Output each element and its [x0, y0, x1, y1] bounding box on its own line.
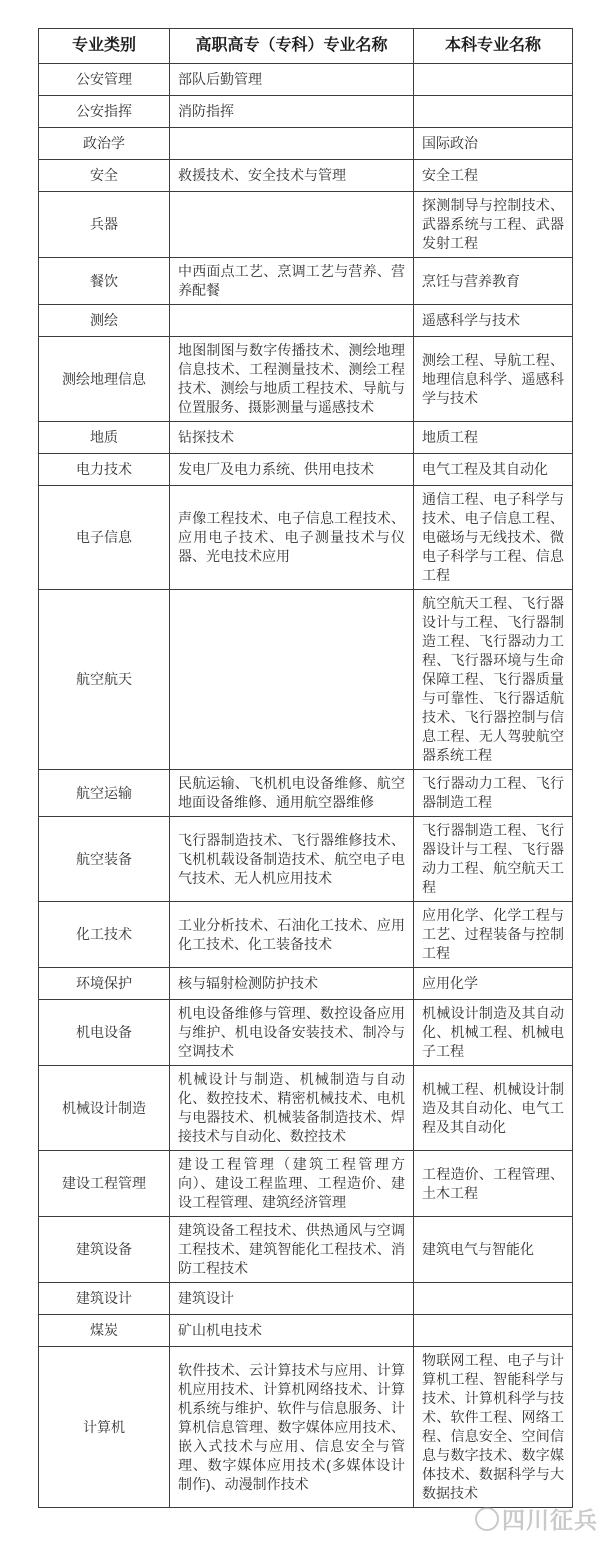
table-row: 环境保护核与辐射检测防护技术应用化学 [39, 968, 573, 1000]
cell-undergrad-majors: 电气工程及其自动化 [414, 454, 573, 486]
cell-vocational-majors: 软件技术、云计算技术与应用、计算机应用技术、计算机网络技术、计算机系统与维护、软… [170, 1347, 414, 1508]
cell-category: 机械设计制造 [39, 1066, 170, 1151]
majors-table: 专业类别 高职高专（专科）专业名称 本科专业名称 公安管理部队后勤管理公安指挥消… [38, 28, 573, 1508]
cell-vocational-majors: 声像工程技术、电子信息工程技术、应用电子技术、电子测量技术与仪器、光电技术应用 [170, 486, 414, 590]
table-row: 公安指挥消防指挥 [39, 96, 573, 128]
cell-vocational-majors [170, 128, 414, 160]
table-row: 机械设计制造机械设计与制造、机械制造与自动化、数控技术、精密机械技术、电机与电器… [39, 1066, 573, 1151]
cell-vocational-majors [170, 590, 414, 770]
table-row: 电子信息声像工程技术、电子信息工程技术、应用电子技术、电子测量技术与仪器、光电技… [39, 486, 573, 590]
cell-vocational-majors: 消防指挥 [170, 96, 414, 128]
cell-vocational-majors: 建设工程管理（建筑工程管理方向）、建设工程监理、工程造价、建设工程管理、建筑经济… [170, 1151, 414, 1217]
col-header-category: 专业类别 [39, 29, 170, 64]
cell-category: 环境保护 [39, 968, 170, 1000]
cell-vocational-majors: 机械设计与制造、机械制造与自动化、数控技术、精密机械技术、电机与电器技术、机械装… [170, 1066, 414, 1151]
table-row: 餐饮中西面点工艺、烹调工艺与营养、营养配餐烹饪与营养教育 [39, 258, 573, 305]
table-row: 化工技术工业分析技术、石油化工技术、应用化工技术、化工装备技术应用化学、化学工程… [39, 902, 573, 968]
cell-undergrad-majors: 应用化学、化学工程与工艺、过程装备与控制工程 [414, 902, 573, 968]
watermark-logo-icon [475, 1507, 499, 1531]
table-row: 测绘遥感科学与技术 [39, 305, 573, 337]
cell-undergrad-majors: 测绘工程、导航工程、地理信息科学、遥感科学与技术 [414, 337, 573, 422]
table-row: 测绘地理信息地图制图与数字传播技术、测绘地理信息技术、工程测量技术、测绘工程技术… [39, 337, 573, 422]
cell-vocational-majors: 救援技术、安全技术与管理 [170, 160, 414, 192]
table-row: 地质钻探技术地质工程 [39, 422, 573, 454]
cell-category: 航空运输 [39, 770, 170, 817]
cell-category: 建设工程管理 [39, 1151, 170, 1217]
document-page: 专业类别 高职高专（专科）专业名称 本科专业名称 公安管理部队后勤管理公安指挥消… [0, 0, 600, 1551]
cell-category: 航空航天 [39, 590, 170, 770]
cell-category: 安全 [39, 160, 170, 192]
cell-undergrad-majors: 工程造价、工程管理、土木工程 [414, 1151, 573, 1217]
cell-vocational-majors: 机电设备维修与管理、数控设备应用与维护、机电设备安装技术、制冷与空调技术 [170, 1000, 414, 1066]
table-row: 安全救援技术、安全技术与管理安全工程 [39, 160, 573, 192]
cell-undergrad-majors [414, 1315, 573, 1347]
table-row: 政治学国际政治 [39, 128, 573, 160]
cell-undergrad-majors: 机械工程、机械设计制造及其自动化、电气工程及其自动化 [414, 1066, 573, 1151]
cell-vocational-majors: 中西面点工艺、烹调工艺与营养、营养配餐 [170, 258, 414, 305]
table-row: 航空航天航空航天工程、飞行器设计与工程、飞行器制造工程、飞行器动力工程、飞行器环… [39, 590, 573, 770]
cell-category: 煤炭 [39, 1315, 170, 1347]
cell-category: 建筑设计 [39, 1283, 170, 1315]
cell-vocational-majors: 地图制图与数字传播技术、测绘地理信息技术、工程测量技术、测绘工程技术、测绘与地质… [170, 337, 414, 422]
cell-vocational-majors: 核与辐射检测防护技术 [170, 968, 414, 1000]
cell-undergrad-majors: 遥感科学与技术 [414, 305, 573, 337]
cell-undergrad-majors: 安全工程 [414, 160, 573, 192]
cell-vocational-majors: 飞行器制造技术、飞行器维修技术、飞机机载设备制造技术、航空电子电气技术、无人机应… [170, 817, 414, 902]
cell-vocational-majors: 矿山机电技术 [170, 1315, 414, 1347]
cell-category: 公安管理 [39, 64, 170, 96]
cell-undergrad-majors: 飞行器动力工程、飞行器制造工程 [414, 770, 573, 817]
cell-vocational-majors [170, 305, 414, 337]
cell-category: 政治学 [39, 128, 170, 160]
col-header-undergrad-majors: 本科专业名称 [414, 29, 573, 64]
cell-undergrad-majors [414, 96, 573, 128]
cell-vocational-majors: 工业分析技术、石油化工技术、应用化工技术、化工装备技术 [170, 902, 414, 968]
table-row: 电力技术发电厂及电力系统、供用电技术电气工程及其自动化 [39, 454, 573, 486]
cell-undergrad-majors: 航空航天工程、飞行器设计与工程、飞行器制造工程、飞行器动力工程、飞行器环境与生命… [414, 590, 573, 770]
cell-undergrad-majors: 烹饪与营养教育 [414, 258, 573, 305]
table-row: 计算机软件技术、云计算技术与应用、计算机应用技术、计算机网络技术、计算机系统与维… [39, 1347, 573, 1508]
cell-vocational-majors: 发电厂及电力系统、供用电技术 [170, 454, 414, 486]
cell-category: 测绘地理信息 [39, 337, 170, 422]
cell-vocational-majors: 钻探技术 [170, 422, 414, 454]
table-row: 公安管理部队后勤管理 [39, 64, 573, 96]
cell-category: 餐饮 [39, 258, 170, 305]
cell-undergrad-majors: 机械设计制造及其自动化、机械工程、机械电子工程 [414, 1000, 573, 1066]
table-body: 公安管理部队后勤管理公安指挥消防指挥政治学国际政治安全救援技术、安全技术与管理安… [39, 64, 573, 1508]
cell-undergrad-majors: 通信工程、电子科学与技术、电子信息工程、电磁场与无线技术、微电子科学与工程、信息… [414, 486, 573, 590]
cell-category: 建筑设备 [39, 1217, 170, 1283]
cell-undergrad-majors: 地质工程 [414, 422, 573, 454]
table-row: 机电设备机电设备维修与管理、数控设备应用与维护、机电设备安装技术、制冷与空调技术… [39, 1000, 573, 1066]
cell-undergrad-majors [414, 1283, 573, 1315]
cell-category: 化工技术 [39, 902, 170, 968]
cell-undergrad-majors: 飞行器制造工程、飞行器设计与工程、飞行器动力工程、航空航天工程 [414, 817, 573, 902]
cell-category: 兵器 [39, 192, 170, 258]
table-header-row: 专业类别 高职高专（专科）专业名称 本科专业名称 [39, 29, 573, 64]
col-header-vocational-majors: 高职高专（专科）专业名称 [170, 29, 414, 64]
cell-category: 航空装备 [39, 817, 170, 902]
cell-undergrad-majors: 应用化学 [414, 968, 573, 1000]
cell-vocational-majors: 建筑设计 [170, 1283, 414, 1315]
cell-vocational-majors: 民航运输、飞机机电设备维修、航空地面设备维修、通用航空器维修 [170, 770, 414, 817]
cell-undergrad-majors: 建筑电气与智能化 [414, 1217, 573, 1283]
table-row: 建设工程管理建设工程管理（建筑工程管理方向）、建设工程监理、工程造价、建设工程管… [39, 1151, 573, 1217]
cell-vocational-majors [170, 192, 414, 258]
cell-vocational-majors: 部队后勤管理 [170, 64, 414, 96]
cell-category: 地质 [39, 422, 170, 454]
table-row: 兵器探测制导与控制技术、武器系统与工程、武器发射工程 [39, 192, 573, 258]
table-row: 航空装备飞行器制造技术、飞行器维修技术、飞机机载设备制造技术、航空电子电气技术、… [39, 817, 573, 902]
cell-undergrad-majors: 探测制导与控制技术、武器系统与工程、武器发射工程 [414, 192, 573, 258]
cell-undergrad-majors [414, 64, 573, 96]
cell-category: 计算机 [39, 1347, 170, 1508]
cell-category: 电力技术 [39, 454, 170, 486]
table-row: 建筑设备建筑设备工程技术、供热通风与空调工程技术、建筑智能化工程技术、消防工程技… [39, 1217, 573, 1283]
table-row: 航空运输民航运输、飞机机电设备维修、航空地面设备维修、通用航空器维修飞行器动力工… [39, 770, 573, 817]
cell-vocational-majors: 建筑设备工程技术、供热通风与空调工程技术、建筑智能化工程技术、消防工程技术 [170, 1217, 414, 1283]
cell-undergrad-majors: 国际政治 [414, 128, 573, 160]
cell-undergrad-majors: 物联网工程、电子与计算机工程、智能科学与技术、计算机科学与技术、软件工程、网络工… [414, 1347, 573, 1508]
cell-category: 机电设备 [39, 1000, 170, 1066]
table-row: 建筑设计建筑设计 [39, 1283, 573, 1315]
table-row: 煤炭矿山机电技术 [39, 1315, 573, 1347]
cell-category: 公安指挥 [39, 96, 170, 128]
cell-category: 电子信息 [39, 486, 170, 590]
cell-category: 测绘 [39, 305, 170, 337]
